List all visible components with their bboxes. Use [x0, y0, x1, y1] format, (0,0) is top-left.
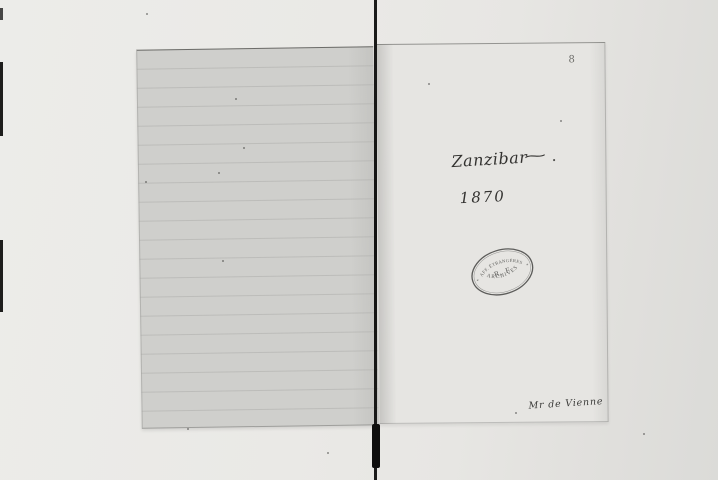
right-title-page: 8 Zanzibar . 1870 AFF. ÉTRANGÈRES [376, 42, 608, 424]
handwritten-title-line: Zanzibar . [451, 144, 558, 171]
dust-speck [222, 260, 224, 262]
dust-speck [243, 147, 245, 149]
archive-stamp: AFF. ÉTRANGÈRES R. F ARCHIVES * * [463, 238, 541, 306]
book-spine-bottom-mark [372, 424, 380, 468]
dust-speck [327, 452, 329, 454]
handwritten-title: Zanzibar [451, 147, 528, 171]
dust-speck [428, 83, 430, 85]
dust-speck [145, 181, 147, 183]
title-period: . [551, 146, 558, 165]
dust-speck [560, 120, 562, 122]
dust-speck [643, 433, 645, 435]
dust-speck [235, 98, 237, 100]
dust-speck [515, 412, 517, 414]
dust-speck [146, 13, 148, 15]
handwritten-annotation: Mr de Vienne [528, 396, 603, 412]
book-gutter-line [374, 0, 377, 480]
handwritten-year: 1870 [459, 187, 506, 207]
scan-edge-mark [0, 62, 3, 136]
scan-edge-mark [0, 240, 3, 312]
flourish-stroke [525, 144, 546, 164]
stamp-star-right: * [526, 262, 530, 268]
dust-speck [218, 172, 220, 174]
page-number: 8 [568, 54, 574, 65]
scan-edge-mark [0, 8, 3, 20]
stamp-star-left: * [476, 278, 480, 284]
left-blank-page [136, 46, 379, 428]
scanned-document: 8 Zanzibar . 1870 AFF. ÉTRANGÈRES [0, 0, 718, 480]
dust-speck [187, 428, 189, 430]
